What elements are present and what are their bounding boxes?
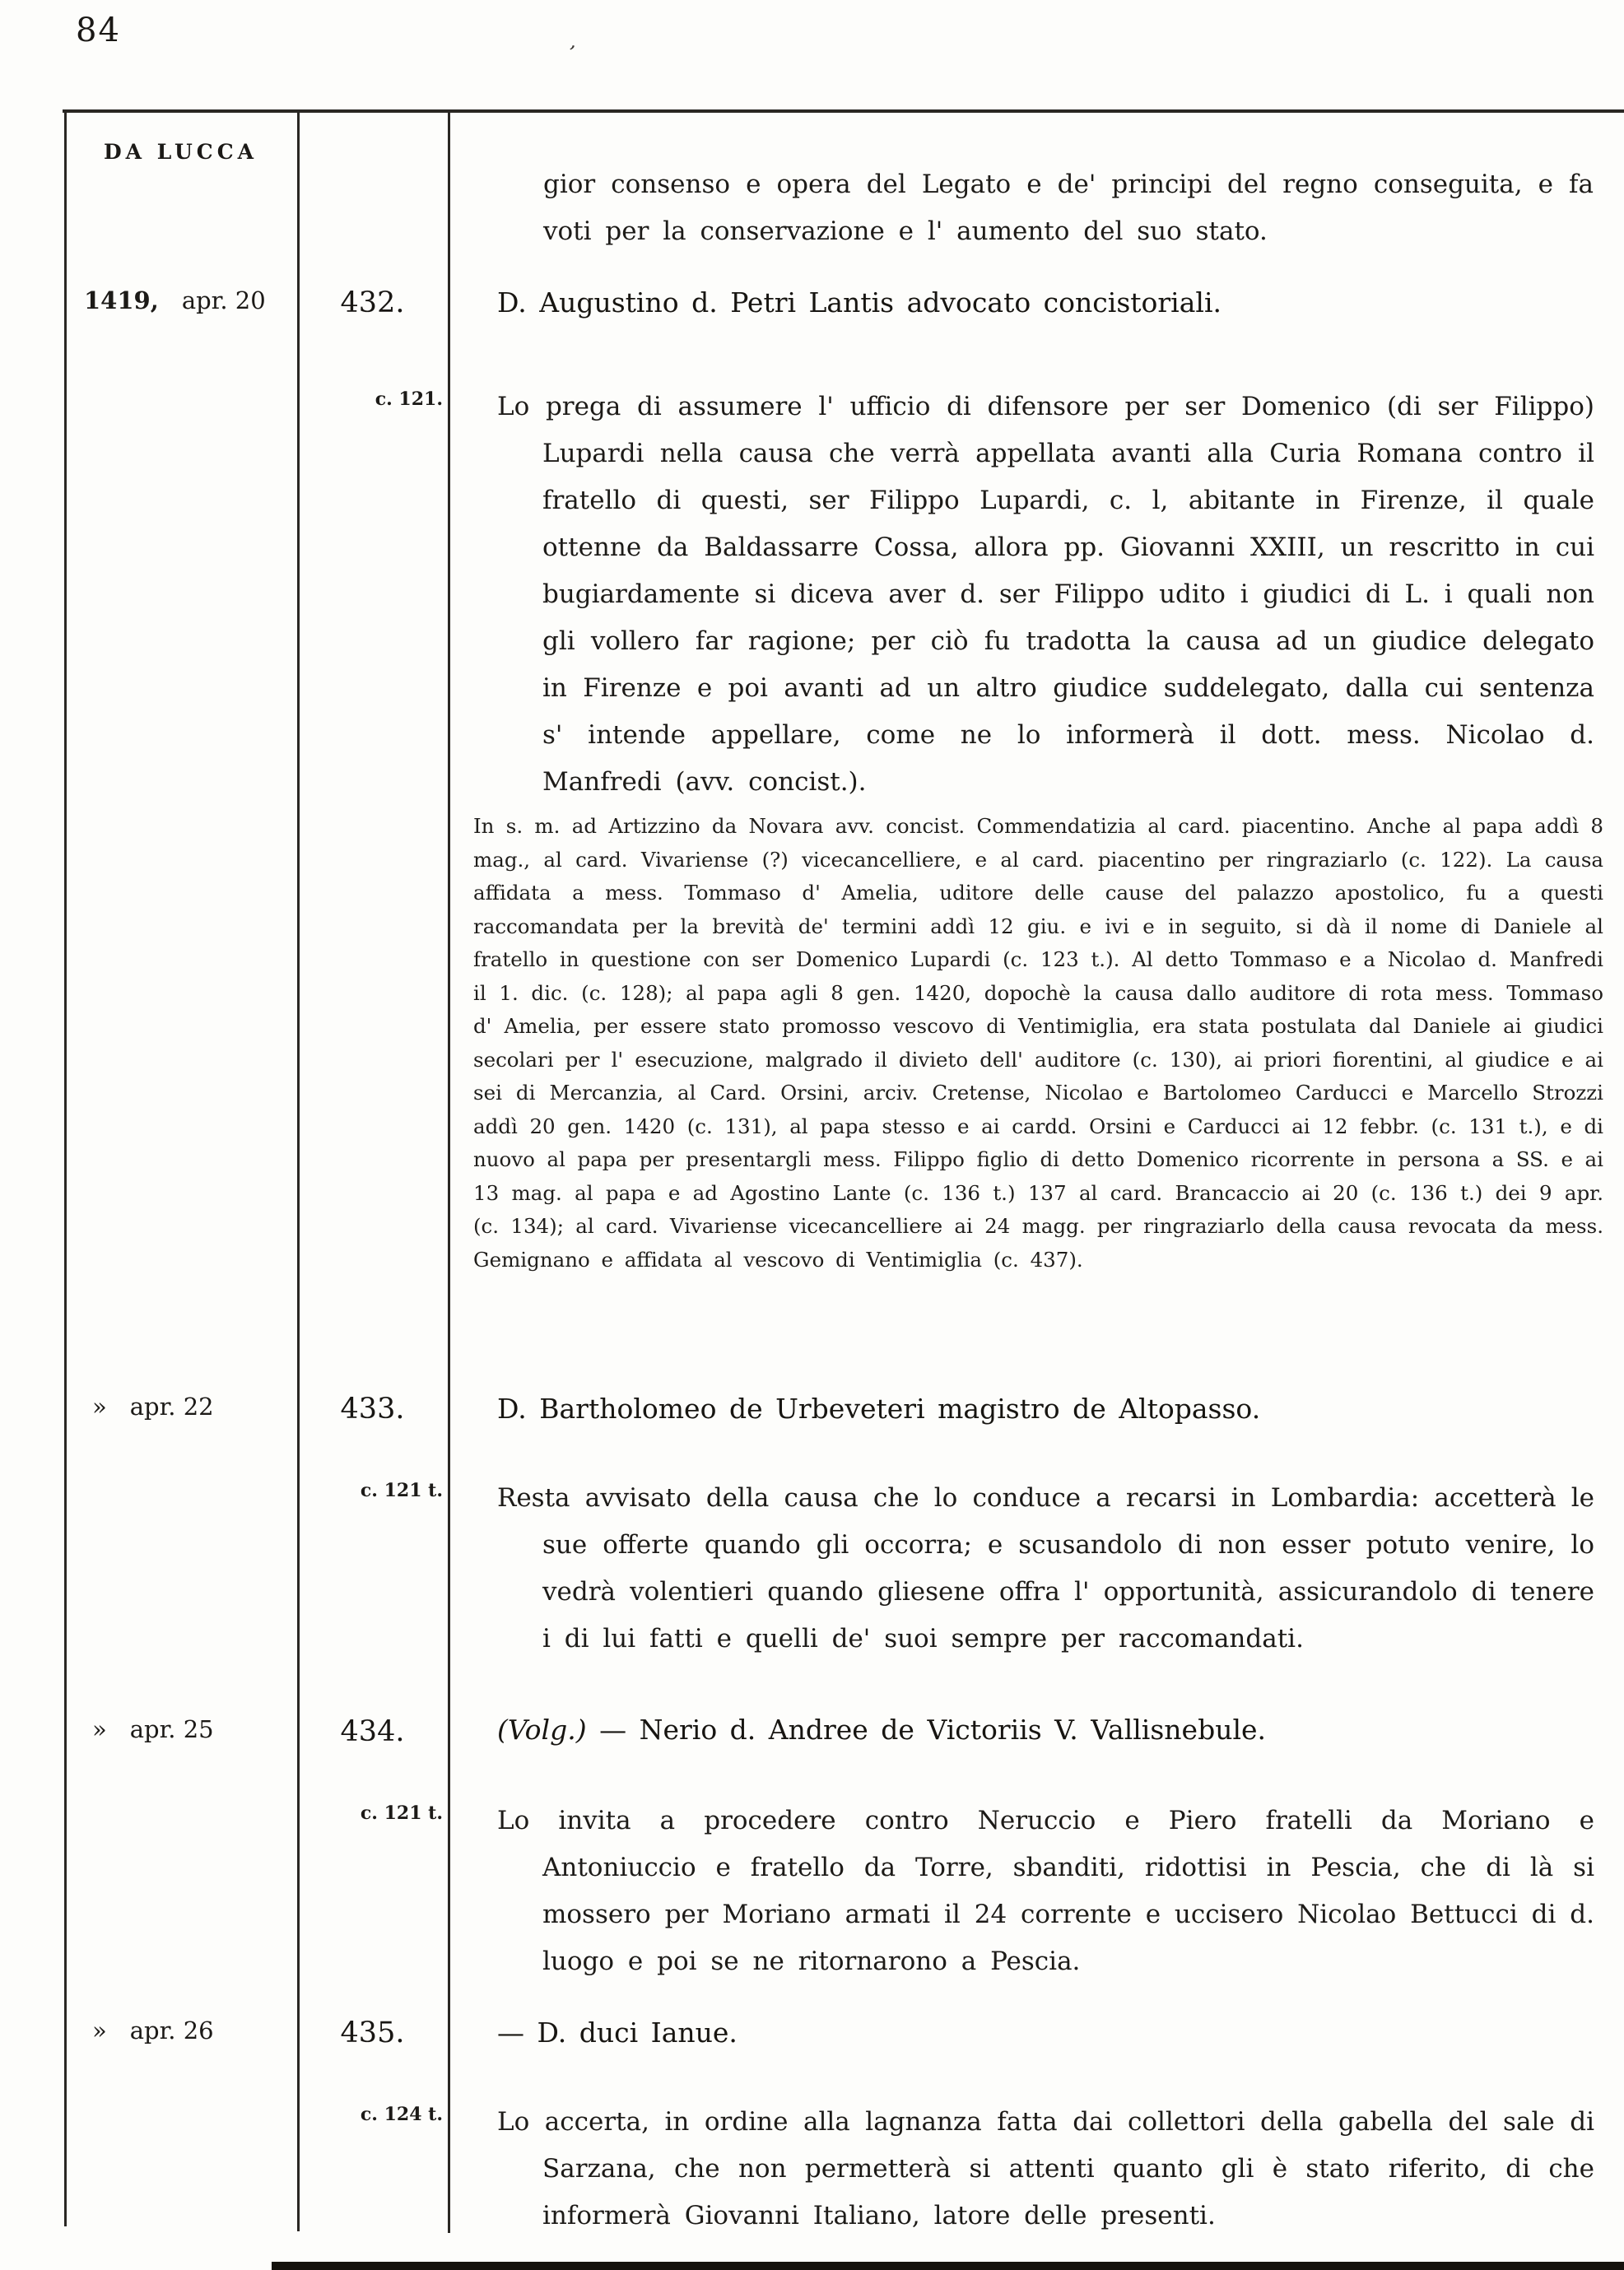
- entry-432-date-year: 1419,: [84, 286, 159, 314]
- entry-432-date-day: apr. 20: [182, 286, 266, 314]
- entry-433-date: » apr. 22: [64, 1393, 297, 1421]
- entry-433-heading: D. Bartholomeo de Urbeveteri magistro de…: [497, 1391, 1604, 1427]
- entry-432-folio: c. 121.: [297, 388, 443, 410]
- entry-434-heading: (Volg.) — Nerio d. Andree de Victoriis V…: [497, 1712, 1604, 1748]
- column-header-da-lucca: DA LUCCA: [64, 140, 297, 164]
- continuation-paragraph: gior consenso e opera del Legato e de' p…: [543, 161, 1594, 255]
- entry-433-date-ditto-mark: »: [92, 1393, 107, 1421]
- entry-435-date: » apr. 26: [64, 2016, 297, 2044]
- entry-432-number: 432.: [297, 286, 448, 319]
- entry-434-date-day: apr. 25: [130, 1715, 214, 1743]
- entry-434-number: 434.: [297, 1715, 448, 1748]
- entry-433-number: 433.: [297, 1393, 448, 1426]
- entry-435-date-ditto-mark: »: [92, 2016, 107, 2044]
- entry-433-date-day: apr. 22: [130, 1393, 214, 1421]
- entry-432-body: Lo prega di assumere l' ufficio di difen…: [542, 384, 1594, 806]
- entry-434-date-ditto-mark: »: [92, 1715, 107, 1743]
- scanned-page: 84 , DA LUCCA gior consenso e opera del …: [0, 0, 1624, 2270]
- entry-434-folio: c. 121 t.: [297, 1803, 443, 1824]
- column-divider-1: [297, 109, 300, 2231]
- entry-434-heading-text: — Nerio d. Andree de Victoriis V. Vallis…: [599, 1714, 1266, 1746]
- entry-433-folio: c. 121 t.: [297, 1480, 443, 1501]
- stray-scan-mark: ,: [569, 29, 580, 53]
- entry-434-heading-volg-label: (Volg.): [497, 1714, 587, 1746]
- entry-435-number: 435.: [297, 2016, 448, 2049]
- table-left-rule: [64, 109, 67, 2226]
- column-divider-2: [448, 109, 450, 2233]
- entry-432-date: 1419, apr. 20: [64, 286, 297, 314]
- entry-434-body: Lo invita a procedere contro Neruccio e …: [542, 1798, 1594, 1985]
- page-number: 84: [76, 12, 121, 49]
- entry-432-notes: In s. m. ad Artizzino da Novara avv. con…: [473, 810, 1603, 1277]
- entry-433-body: Resta avvisato della causa che lo conduc…: [542, 1475, 1594, 1663]
- entry-432-heading: D. Augustino d. Petri Lantis advocato co…: [497, 285, 1604, 321]
- entry-435-date-day: apr. 26: [130, 2016, 214, 2044]
- entry-435-folio: c. 124 t.: [297, 2104, 443, 2125]
- entry-434-date: » apr. 25: [64, 1715, 297, 1743]
- entry-435-body: Lo accerta, in ordine alla lagnanza fatt…: [542, 2099, 1594, 2240]
- entry-435-heading: — D. duci Ianue.: [497, 2015, 1604, 2051]
- scan-bottom-edge: [272, 2262, 1624, 2270]
